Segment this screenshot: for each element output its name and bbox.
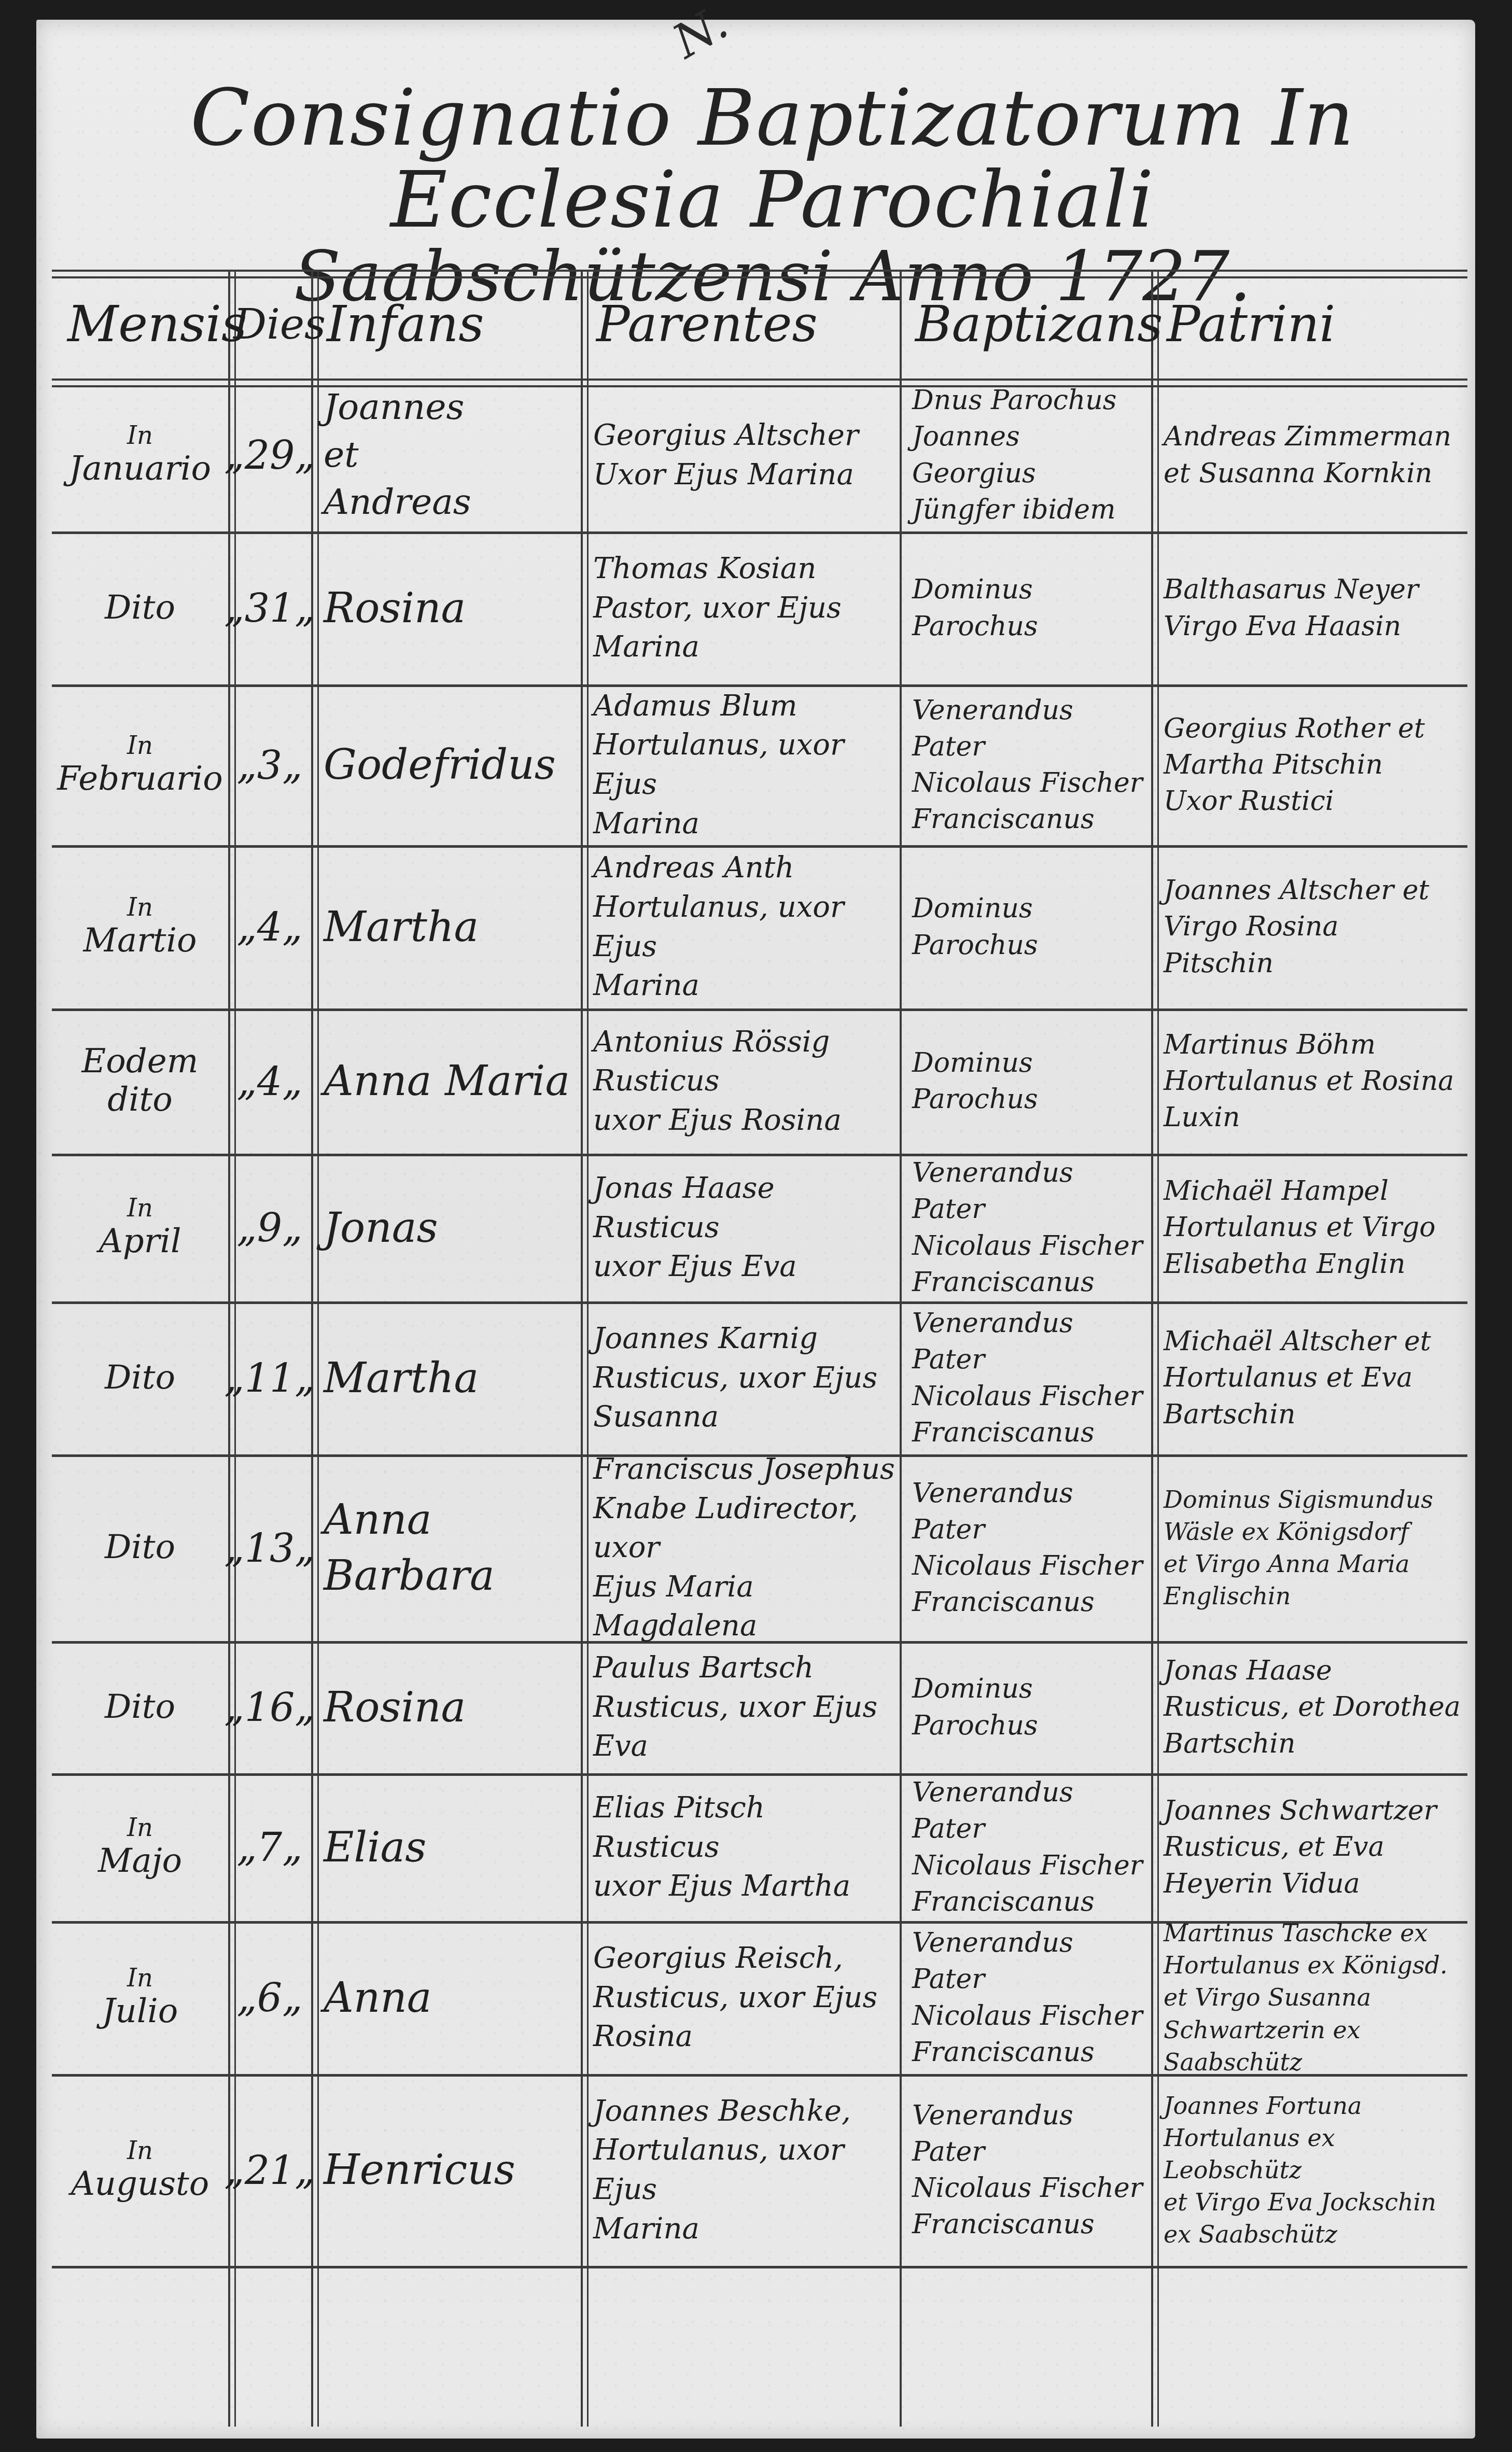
entry-infans: Anna Maria [311,1008,581,1154]
month-name: Dito [105,1529,175,1567]
entry-infans: Henricus [311,2074,581,2266]
entry-day: „21„ [228,2074,311,2266]
entry-patrini: Jonas Haase Rusticus, et Dorothea Bartsc… [1151,1641,1467,1773]
entry-baptizans: Dominus Parochus [900,845,1151,1008]
entry-baptizans: Venerandus Pater Nicolaus Fischer Franci… [900,1921,1151,2074]
entry-day: „16„ [228,1641,311,1773]
entry-day: „31„ [228,531,311,684]
entry-infans: Jonas [311,1154,581,1301]
entry-month: InJulio [52,1921,228,2074]
column-header-infans: Infans [311,270,581,379]
entry-parentes: Andreas Anth Hortulanus, uxor Ejus Marin… [581,845,900,1008]
month-prefix: In [127,732,153,760]
entry-parentes: Jonas Haase Rusticus uxor Ejus Eva [581,1154,900,1301]
entry-parentes: Georgius Altscher Uxor Ejus Marina [581,379,900,531]
entry-infans: Rosina [311,1641,581,1773]
entry-month: InApril [52,1154,228,1301]
entry-infans: Godefridus [311,684,581,845]
entry-baptizans: Dominus Parochus [900,1008,1151,1154]
entry-month: InMajo [52,1773,228,1921]
column-header-patrini: Patrini [1151,270,1467,379]
entry-day: „4„ [228,845,311,1008]
month-name: Julio [102,1993,178,2031]
entry-day: „29„ [228,379,311,531]
entry-infans: Martha [311,845,581,1008]
entry-parentes: Franciscus Josephus Knabe Ludirector, ux… [581,1454,900,1641]
entry-month: Dito [52,1454,228,1641]
month-prefix: In [127,893,153,922]
entry-patrini: Andreas Zimmerman et Susanna Kornkin [1151,379,1467,531]
entry-day: „9„ [228,1154,311,1301]
column-header-baptizans: Baptizans [900,270,1151,379]
entry-patrini: Martinus Böhm Hortulanus et Rosina Luxin [1151,1008,1467,1154]
entry-patrini: Michaël Hampel Hortulanus et Virgo Elisa… [1151,1154,1467,1301]
entry-patrini: Martinus Taschcke ex Hortulanus ex König… [1151,1921,1467,2074]
month-name: Martio [83,922,197,960]
entry-patrini: Joannes Altscher et Virgo Rosina Pitschi… [1151,845,1467,1008]
entry-patrini: Joannes Fortuna Hortulanus ex Leobschütz… [1151,2074,1467,2266]
entry-month: Dito [52,1641,228,1773]
month-prefix: In [127,422,153,450]
entry-month: Dito [52,1301,228,1454]
entry-infans: Anna [311,1921,581,2074]
entry-month: Eodem dito [52,1008,228,1154]
entry-parentes: Antonius Rössig Rusticus uxor Ejus Rosin… [581,1008,900,1154]
entry-patrini: Balthasarus Neyer Virgo Eva Haasin [1151,531,1467,684]
title-line-1: Consignatio Baptizatorum In Ecclesia Par… [109,78,1436,241]
month-name: Februario [57,760,222,798]
entry-day: „11„ [228,1301,311,1454]
row-rule [52,2266,1467,2268]
entry-infans: Elias [311,1773,581,1921]
month-name: Dito [105,589,175,627]
month-prefix: In [127,2137,153,2165]
column-header-parentes: Parentes [581,270,900,379]
entry-day: „4„ [228,1008,311,1154]
entry-infans: Martha [311,1301,581,1454]
entry-parentes: Thomas Kosian Pastor, uxor Ejus Marina [581,531,900,684]
entry-infans: Joannes et Andreas [311,379,581,531]
entry-baptizans: Venerandus Pater Nicolaus Fischer Franci… [900,1773,1151,1921]
entry-month: InFebruario [52,684,228,845]
entry-patrini: Joannes Schwartzer Rusticus, et Eva Heye… [1151,1773,1467,1921]
entry-baptizans: Dominus Parochus [900,1641,1151,1773]
month-name: Dito [105,1359,175,1397]
column-header-mensis: Mensis [52,270,228,379]
entry-baptizans: Dominus Parochus [900,531,1151,684]
entry-parentes: Adamus Blum Hortulanus, uxor Ejus Marina [581,684,900,845]
month-name: April [99,1223,181,1261]
entry-parentes: Joannes Beschke, Hortulanus, uxor Ejus M… [581,2074,900,2266]
column-header-dies: Dies [228,270,311,379]
entry-day: „13„ [228,1454,311,1641]
month-name: Majo [98,1842,182,1881]
entry-baptizans: Venerandus Pater Nicolaus Fischer Franci… [900,1154,1151,1301]
month-prefix: In [127,1964,153,1993]
entry-infans: Anna Barbara [311,1454,581,1641]
entry-infans: Rosina [311,531,581,684]
entry-baptizans: Venerandus Pater Nicolaus Fischer Franci… [900,2074,1151,2266]
entry-month: InJanuario [52,379,228,531]
entry-day: „6„ [228,1921,311,2074]
entry-day: „3„ [228,684,311,845]
entry-patrini: Michaël Altscher et Hortulanus et Eva Ba… [1151,1301,1467,1454]
month-name: Januario [69,450,211,488]
month-prefix: In [127,1814,153,1842]
month-name: Augusto [71,2165,209,2204]
entry-month: InAugusto [52,2074,228,2266]
entry-month: Dito [52,531,228,684]
entry-parentes: Joannes Karnig Rusticus, uxor Ejus Susan… [581,1301,900,1454]
entry-baptizans: Dnus Parochus Joannes Georgius Jüngfer i… [900,379,1151,531]
entry-baptizans: Venerandus Pater Nicolaus Fischer Franci… [900,1454,1151,1641]
entry-parentes: Paulus Bartsch Rusticus, uxor Ejus Eva [581,1641,900,1773]
entry-month: InMartio [52,845,228,1008]
entry-patrini: Georgius Rother et Martha Pitschin Uxor … [1151,684,1467,845]
month-name: Dito [105,1688,175,1727]
entry-baptizans: Venerandus Pater Nicolaus Fischer Franci… [900,684,1151,845]
month-prefix: In [127,1194,153,1223]
entry-day: „7„ [228,1773,311,1921]
entry-baptizans: Venerandus Pater Nicolaus Fischer Franci… [900,1301,1151,1454]
month-name: Eodem dito [52,1043,228,1119]
entry-patrini: Dominus Sigismundus Wäsle ex Königsdorf … [1151,1454,1467,1641]
entry-parentes: Elias Pitsch Rusticus uxor Ejus Martha [581,1773,900,1921]
entry-parentes: Georgius Reisch, Rusticus, uxor Ejus Ros… [581,1921,900,2074]
